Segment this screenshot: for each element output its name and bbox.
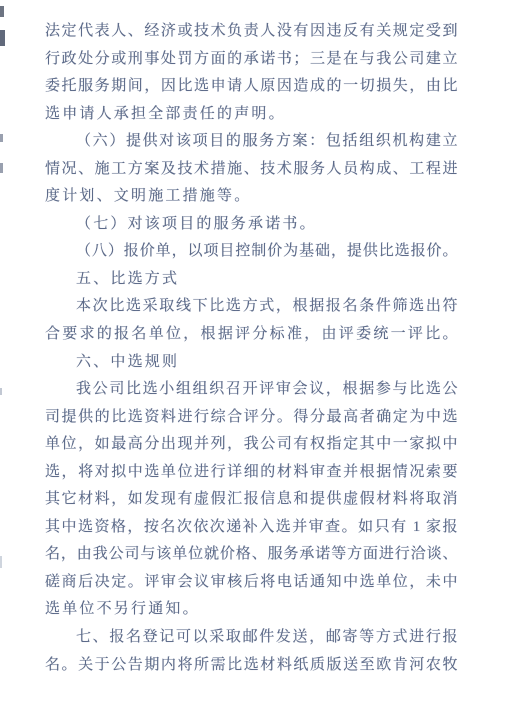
scan-artifact [0,163,3,173]
scan-artifact [0,556,2,568]
scan-artifact [0,134,3,142]
document-line: （六）提供对该项目的服务方案：包括组织机构建立 [45,128,458,156]
scan-artifact [0,6,4,17]
document-line: 选，将对拟中选单位进行详细的材料审查并根据情况索要 [45,459,458,487]
document-line: 其中选资格，按名次依次递补入选并审查。如只有 1 家报 [45,514,458,542]
document-line: 度计划、文明施工措施等。 [45,183,458,211]
document-line: 情况、施工方案及技术措施、技术服务人员构成、工程进 [45,156,458,184]
document-line: 磋商后决定。评审会议审核后将电话通知中选单位，未中 [45,569,458,597]
document-line: 名。关于公告期内将所需比选材料纸质版送至欧肯河农牧 [45,652,458,680]
document-line: 选申请人承担全部责任的声明。 [45,101,458,129]
document-line: 选单位不另行通知。 [45,596,458,624]
document-line: 行政处分或刑事处罚方面的承诺书；三是在与我公司建立 [45,46,458,74]
document-line: 我公司比选小组组织召开评审会议，根据参与比选公 [45,376,458,404]
scanned-document-page: 法定代表人、经济或技术负责人没有因违反有关规定受到行政处分或刑事处罚方面的承诺书… [0,0,516,723]
document-line: （七）对该项目的服务承诺书。 [45,211,458,239]
document-line: （八）报价单，以项目控制价为基础，提供比选报价。 [45,238,458,266]
document-line: 法定代表人、经济或技术负责人没有因违反有关规定受到 [45,18,458,46]
document-line: 其它材料，如发现有虚假汇报信息和提供虚假材料将取消 [45,486,458,514]
document-line: 委托服务期间，因比选申请人原因造成的一切损失，由比 [45,73,458,101]
document-line: 司提供的比选资料进行综合评分。得分最高者确定为中选 [45,404,458,432]
document-text-block: 法定代表人、经济或技术负责人没有因违反有关规定受到行政处分或刑事处罚方面的承诺书… [45,18,458,679]
document-line: 五、比选方式 [45,266,458,294]
document-line: 合要求的报名单位，根据评分标准，由评委统一评比。 [45,321,458,349]
document-line: 六、中选规则 [45,349,458,377]
document-line: 七、报名登记可以采取邮件发送，邮寄等方式进行报 [45,624,458,652]
scan-artifact [0,30,5,46]
document-line: 单位，如最高分出现并列，我公司有权指定其中一家拟中 [45,431,458,459]
scan-artifact [0,388,2,395]
document-line: 本次比选采取线下比选方式，根据报名条件筛选出符 [45,293,458,321]
document-line: 名，由我公司与该单位就价格、服务承诺等方面进行洽谈、 [45,541,458,569]
